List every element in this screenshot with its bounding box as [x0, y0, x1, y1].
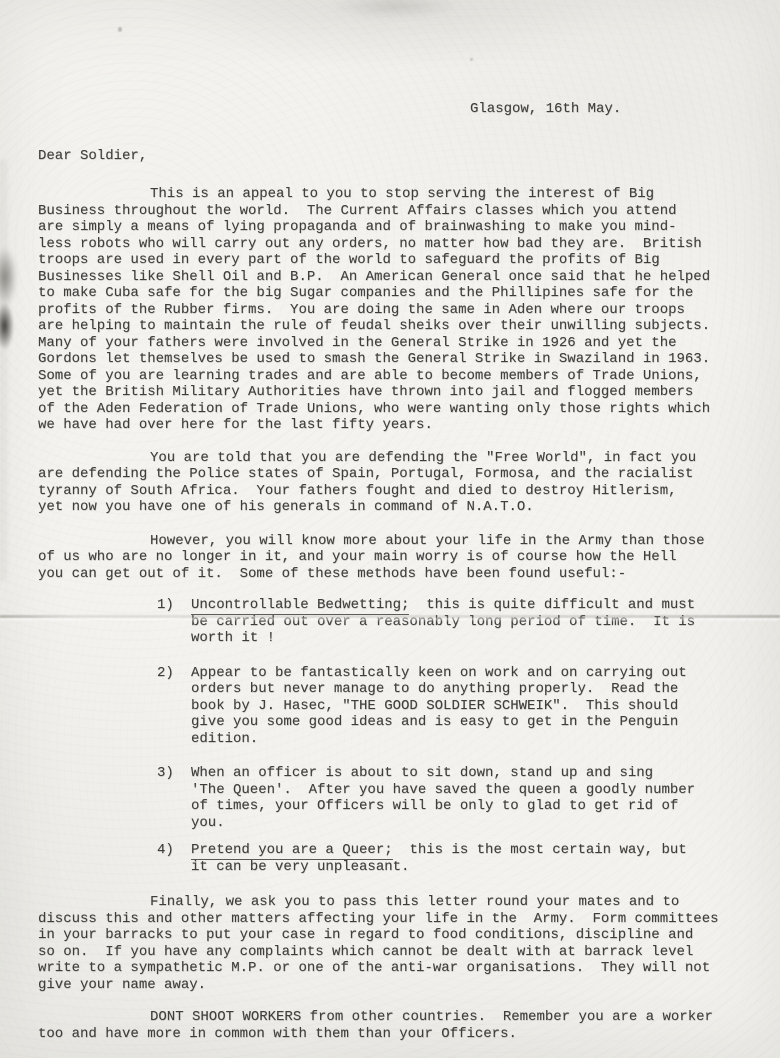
lead-text: this is quite difficult and must: [409, 597, 695, 613]
list-item-text: Appear to be fantastically keen on work …: [191, 665, 752, 748]
paragraph-appeal: This is an appeal to you to stop serving…: [38, 186, 752, 434]
lead-text: Appear to be fantastically keen on work …: [191, 665, 687, 681]
text-line: Uncontrollable Bedwetting; this is quite…: [191, 597, 752, 614]
list-item-text: Uncontrollable Bedwetting; this is quite…: [191, 597, 752, 647]
text-line: tyranny of South Africa. Your fathers fo…: [38, 483, 752, 500]
text-line: less robots who will carry out any order…: [38, 236, 752, 253]
text-line: book by J. Hasec, "THE GOOD SOLDIER SCHW…: [191, 698, 752, 715]
underlined-method-name: Uncontrollable Bedwetting;: [191, 597, 409, 615]
list-item-bedwetting: 1) Uncontrollable Bedwetting; this is qu…: [157, 597, 752, 647]
lead-text: this is the most certain way, but: [393, 842, 687, 858]
scanned-letter-page: Glasgow, 16th May. Dear Soldier, This is…: [0, 0, 780, 1058]
text-line: Business throughout the world. The Curre…: [38, 203, 752, 220]
paragraph-finally: Finally, we ask you to pass this letter …: [38, 894, 752, 993]
text-line: of times, your Officers will be only to …: [191, 798, 752, 815]
text-line: are simply a means of lying propaganda a…: [38, 219, 752, 236]
text-line: When an officer is about to sit down, st…: [191, 765, 752, 782]
text-line: give you some good ideas and is easy to …: [191, 714, 752, 731]
text-line: write to a sympathetic M.P. or one of th…: [38, 960, 752, 977]
text-line: are helping to maintain the rule of feud…: [38, 318, 752, 335]
list-item-text: When an officer is about to sit down, st…: [191, 765, 752, 831]
text-line: are defending the Police states of Spain…: [38, 466, 752, 483]
paragraph-free-world: You are told that you are defending the …: [38, 450, 752, 516]
text-line: troops are used in every part of the wor…: [38, 252, 752, 269]
letter-body: Glasgow, 16th May. Dear Soldier, This is…: [0, 0, 780, 1042]
lead-text: When an officer is about to sit down, st…: [191, 765, 653, 781]
dateline: Glasgow, 16th May.: [470, 101, 752, 118]
list-number: 2): [157, 665, 191, 748]
text-line: orders but never manage to do anything p…: [191, 681, 752, 698]
text-line: yet the British Military Authorities hav…: [38, 384, 752, 401]
paragraph-methods-intro: However, you will know more about your l…: [38, 533, 752, 583]
text-line: profits of the Rubber firms. You are doi…: [38, 302, 752, 319]
text-line: DONT SHOOT WORKERS from other countries.…: [38, 1009, 752, 1026]
text-line: You are told that you are defending the …: [38, 450, 752, 467]
underlined-method-name: Pretend you are a Queer;: [191, 842, 393, 860]
text-line: Gordons let themselves be used to smash …: [38, 351, 752, 368]
text-line: of the Aden Federation of Trade Unions, …: [38, 401, 752, 418]
text-line: in your barracks to put your case in reg…: [38, 927, 752, 944]
fold-crease-line: [0, 615, 780, 618]
text-line: discuss this and other matters affecting…: [38, 911, 752, 928]
text-line: Appear to be fantastically keen on work …: [191, 665, 752, 682]
text-line: Finally, we ask you to pass this letter …: [38, 894, 752, 911]
text-line: so on. If you have any complaints which …: [38, 944, 752, 961]
text-line: you can get out of it. Some of these met…: [38, 566, 752, 583]
text-line: of us who are no longer in it, and your …: [38, 549, 752, 566]
text-line: Many of your fathers were involved in th…: [38, 335, 752, 352]
left-edge-shading: [0, 160, 10, 580]
text-line: too and have more in common with them th…: [38, 1026, 752, 1043]
text-line: you.: [191, 815, 752, 832]
text-line: edition.: [191, 731, 752, 748]
text-line: Pretend you are a Queer; this is the mos…: [191, 842, 752, 859]
text-line: This is an appeal to you to stop serving…: [38, 186, 752, 203]
list-number: 3): [157, 765, 191, 831]
text-line: yet now you have one of his generals in …: [38, 499, 752, 516]
text-line: give your name away.: [38, 977, 752, 994]
list-number: 1): [157, 597, 191, 647]
list-item-sing-the-queen: 3) When an officer is about to sit down,…: [157, 765, 752, 831]
text-line: worth it !: [191, 630, 752, 647]
text-line: we have had over here for the last fifty…: [38, 417, 752, 434]
list-item-text: Pretend you are a Queer; this is the mos…: [191, 842, 752, 875]
text-line: to make Cuba safe for the big Sugar comp…: [38, 285, 752, 302]
text-line: 'The Queen'. After you have saved the qu…: [191, 782, 752, 799]
paper-speck: [470, 58, 473, 61]
paper-speck: [118, 27, 122, 32]
salutation: Dear Soldier,: [38, 148, 752, 165]
text-line: However, you will know more about your l…: [38, 533, 752, 550]
text-line: Some of you are learning trades and are …: [38, 368, 752, 385]
list-number: 4): [157, 842, 191, 875]
text-line: it can be very unpleasant.: [191, 859, 752, 876]
list-item-keen-on-work: 2) Appear to be fantastically keen on wo…: [157, 665, 752, 748]
list-item-pretend-queer: 4) Pretend you are a Queer; this is the …: [157, 842, 752, 875]
paragraph-dont-shoot-workers: DONT SHOOT WORKERS from other countries.…: [38, 1009, 752, 1042]
text-line: Businesses like Shell Oil and B.P. An Am…: [38, 269, 752, 286]
